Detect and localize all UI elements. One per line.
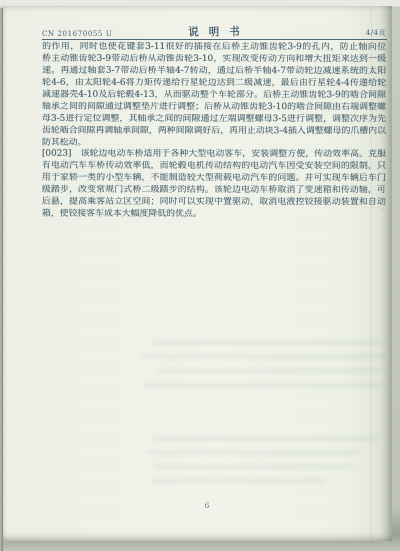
spec-line: 轴承之间的间隙通过调整垫片进行调整；后桥从动锥齿轮3-10的啮合间隙由右端调整螺: [42, 101, 386, 114]
bleed-through: [153, 340, 383, 345]
spec-line: 级踏步，改变常规门式桥二级踏步的结构。该轮边电动车桥取消了变速箱和传动轴，可缩短: [42, 185, 386, 198]
bleed-through: [158, 368, 383, 373]
bleed-through: [141, 354, 385, 359]
bleed-through: [155, 464, 353, 469]
header-rule: [42, 39, 387, 40]
page-number: 6: [42, 501, 372, 510]
spec-line: 防其松动。: [42, 137, 386, 150]
bleed-through: [149, 450, 359, 455]
spec-line: 用于家轿一类的小型车辆，不能制造较大型荷载电动汽车的问题。并可实现车辆后车门一: [42, 173, 386, 186]
spec-line: 轮4-6，由太阳轮4-6将力矩传递给行星轮边达到二级减速，最后由行星轮4-4传递…: [42, 78, 386, 91]
document-title: 说明书: [42, 24, 386, 39]
spec-line: 后悬，提高乘客站立区空间；同时可以实现中置驱动，取消电液控铰接驱动装置和自动变速: [42, 197, 386, 210]
specification-text: 的作用，同时也使花键套3-11很好的插接在后桥主动锥齿轮3-9的孔内，防止轴向位…: [42, 42, 386, 222]
spec-line: 箱，使铰接客车成本大幅度降低的优点。: [42, 209, 386, 222]
spec-line: 速。再通过轴套3-7带动后桥半轴4-7转动，通过后桥半轴4-7带动轮边减速系统的…: [42, 66, 386, 79]
spec-line: 桥主动锥齿轮3-9带动后桥从动锥齿轮3-10，实现改变传动方向和增大扭矩来达到一…: [42, 54, 386, 67]
spec-line: 齿轮啮合间隙再调轴承间隙，两种间隙调好后，再用止动块3-4插入调整螺母的爪槽内以: [42, 125, 386, 138]
spec-line: [0023] 该轮边电动车桥适用于各种大型电动客车，安装调整方便，传动效率高。克…: [42, 149, 386, 162]
bleed-through: [151, 478, 326, 483]
scanned-patent-page: CN 201670055 U 说明书 4/4页 的作用，同时也使花键套3-11很…: [0, 0, 400, 551]
spec-line: 有电动汽车车桥传动效率低，而轮毂电机传动结构的电动汽车因受安装空间的限制，只能: [42, 161, 386, 174]
bleed-through: [153, 436, 379, 441]
paper-sheet: CN 201670055 U 说明书 4/4页 的作用，同时也使花键套3-11很…: [3, 6, 392, 541]
spec-line: 母3-5进行定位调整，其轴承之间的间隙通过左端调整螺母3-5进行调整，调整次序为…: [42, 113, 386, 126]
page-indicator: 4/4页: [366, 28, 386, 38]
spec-line: 的作用，同时也使花键套3-11很好的插接在后桥主动锥齿轮3-9的孔内，防止轴向位…: [42, 42, 386, 55]
page-header: CN 201670055 U 说明书 4/4页: [42, 26, 386, 39]
bleed-through: [145, 383, 383, 388]
spec-line: 减速器壳4-10及后轮毂4-13，从而驱动整个车轮部分。后桥主动锥齿轮3-9的啮…: [42, 89, 386, 102]
